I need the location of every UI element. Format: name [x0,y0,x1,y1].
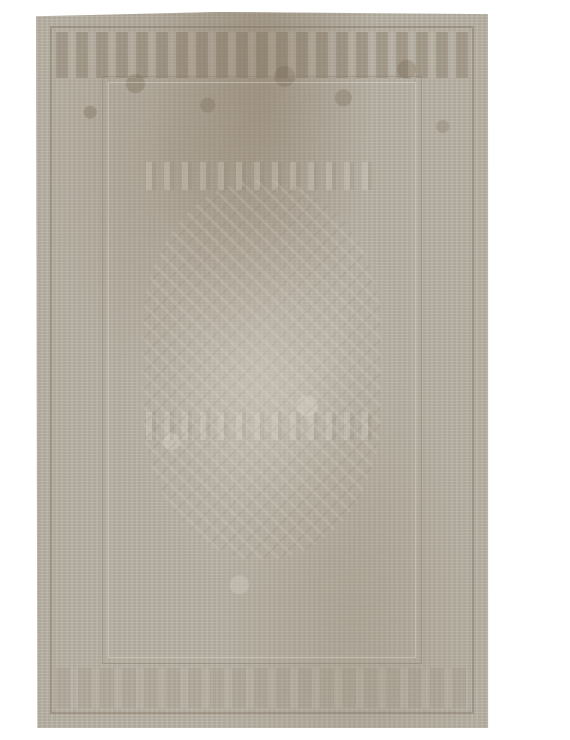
rug [36,12,488,728]
rug-center-medallion [142,180,382,560]
